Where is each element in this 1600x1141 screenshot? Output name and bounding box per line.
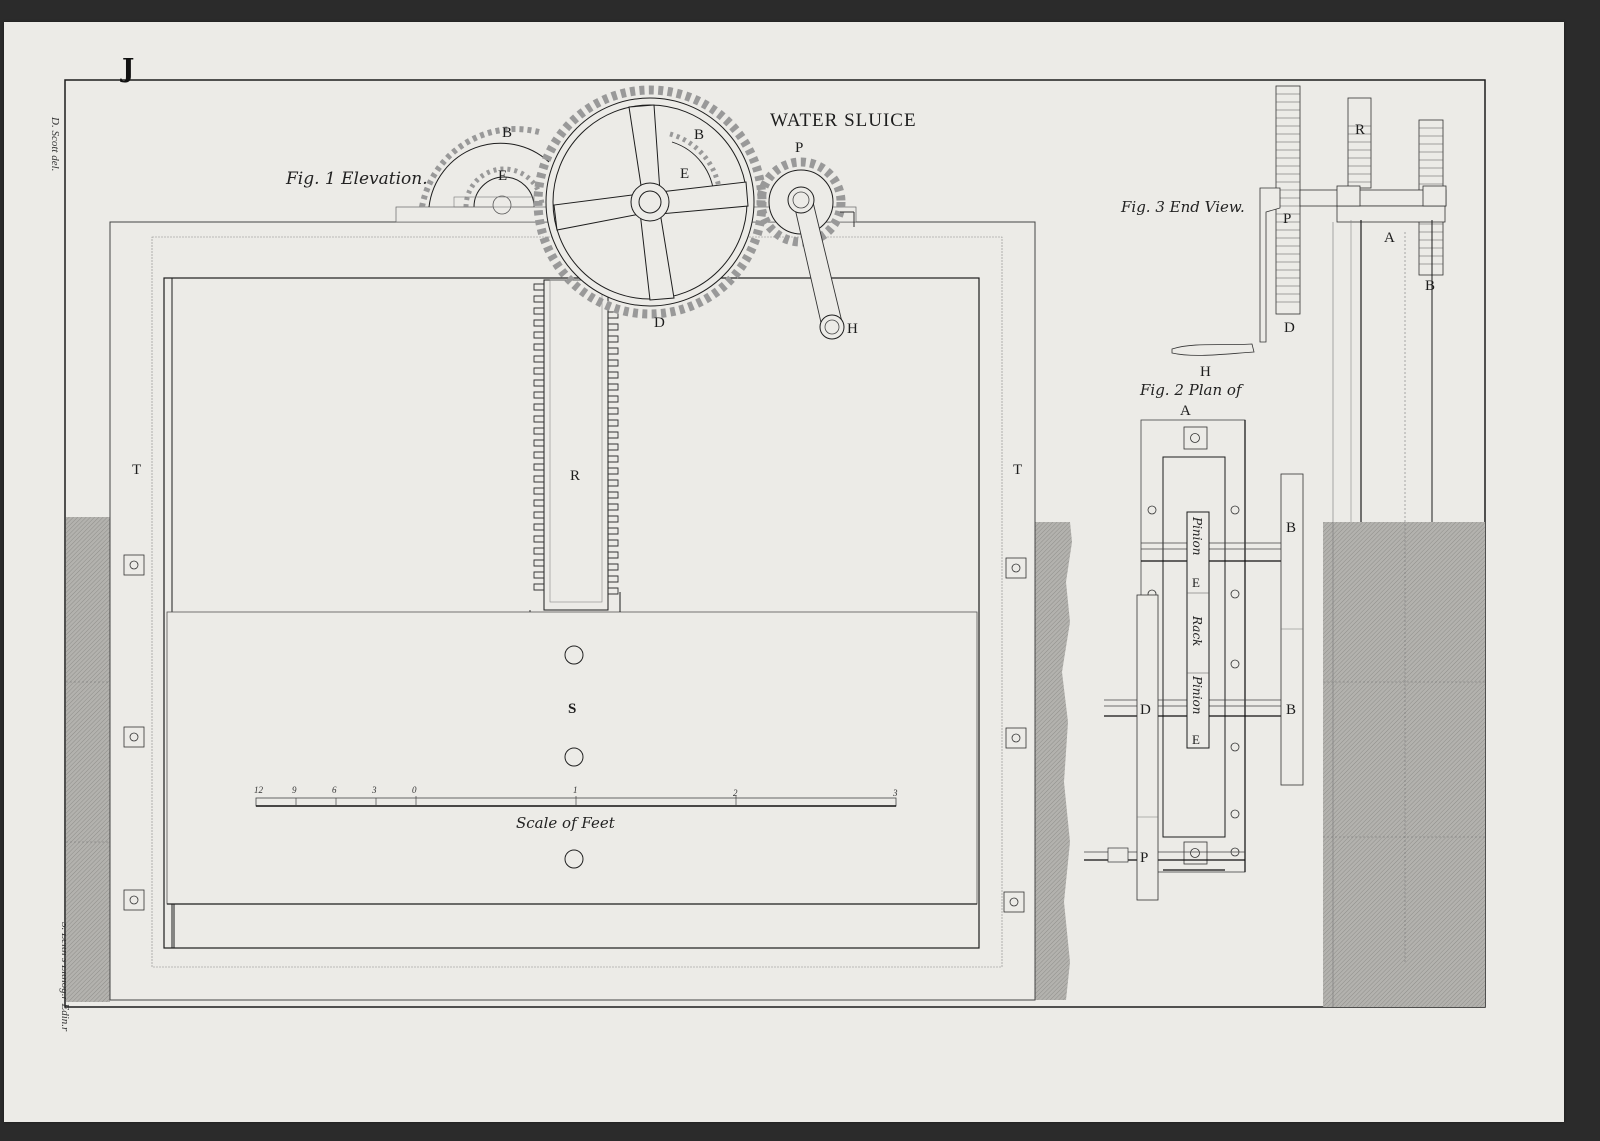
fig1-elevation: T T R S xyxy=(66,90,1072,1002)
fig3-rack xyxy=(1348,98,1371,188)
earth-hatching-right xyxy=(1035,522,1072,1000)
fig2-e-top: E xyxy=(1192,575,1200,590)
fig3-caption: Fig. 3 End View. xyxy=(1120,198,1245,216)
fig2-pinion-top: Pinion xyxy=(1190,516,1204,555)
scale-tick-12: 12 xyxy=(254,785,264,795)
label-s: S xyxy=(568,701,576,717)
fig2-label-p: P xyxy=(1140,850,1148,866)
rack: R xyxy=(530,280,620,612)
label-b-left: B xyxy=(502,125,512,141)
fig3-label-p: P xyxy=(1283,211,1291,227)
scale-tick-3b: 3 xyxy=(892,788,898,798)
scale-caption: Scale of Feet xyxy=(516,814,616,832)
label-e-right: E xyxy=(680,166,689,182)
fig3-frame-a xyxy=(1337,206,1445,222)
fig2-label-b-top: B xyxy=(1286,520,1296,536)
fig3-label-a: A xyxy=(1384,230,1395,246)
label-e-left: E xyxy=(498,168,507,184)
label-t-left: T xyxy=(132,462,141,478)
earth-hatching-left xyxy=(66,517,110,1002)
fig2-pinion-bottom: Pinion xyxy=(1190,675,1204,714)
plate-title: WATER SLUICE xyxy=(770,110,917,131)
fig2-label-d: D xyxy=(1140,702,1151,718)
fig2-rack: Rack xyxy=(1190,615,1204,646)
gear-b-left xyxy=(422,129,549,214)
fig3-label-b: B xyxy=(1425,278,1435,294)
plate-drawing: J D. Scott del. S. Leith's Lithog.r Edin… xyxy=(4,22,1564,1122)
fig1-caption: Fig. 1 Elevation. xyxy=(285,169,428,189)
artist-credit: D. Scott del. xyxy=(49,116,61,171)
scale-tick-3a: 3 xyxy=(371,785,377,795)
gear-d xyxy=(538,90,762,314)
fig2-plan: Fig. 2 Plan of A Pinion xyxy=(1084,381,1303,900)
fig2-label-b-mid: B xyxy=(1286,702,1296,718)
label-r: R xyxy=(570,468,580,484)
scale-tick-0: 0 xyxy=(412,785,417,795)
scale-tick-1: 1 xyxy=(573,785,578,795)
corner-mark: J xyxy=(120,54,134,84)
fig3-label-r: R xyxy=(1355,122,1365,138)
fig2-label-a: A xyxy=(1180,403,1191,419)
label-d: D xyxy=(654,315,665,331)
scale-tick-2: 2 xyxy=(733,788,738,798)
fig3-label-h: H xyxy=(1200,364,1211,380)
scale-tick-9: 9 xyxy=(292,785,297,795)
fig3-handle xyxy=(1172,344,1254,355)
fig2-caption: Fig. 2 Plan of xyxy=(1139,381,1244,399)
label-h: H xyxy=(847,321,858,337)
label-p: P xyxy=(795,140,803,156)
label-b-right: B xyxy=(694,127,704,143)
scale-tick-6: 6 xyxy=(332,785,337,795)
fig3-earth-hatching xyxy=(1323,522,1485,1007)
engraved-plate: J D. Scott del. S. Leith's Lithog.r Edin… xyxy=(4,22,1564,1122)
fig2-e-bottom: E xyxy=(1192,732,1200,747)
fig3-label-d: D xyxy=(1284,320,1295,336)
label-t-right: T xyxy=(1013,462,1022,478)
